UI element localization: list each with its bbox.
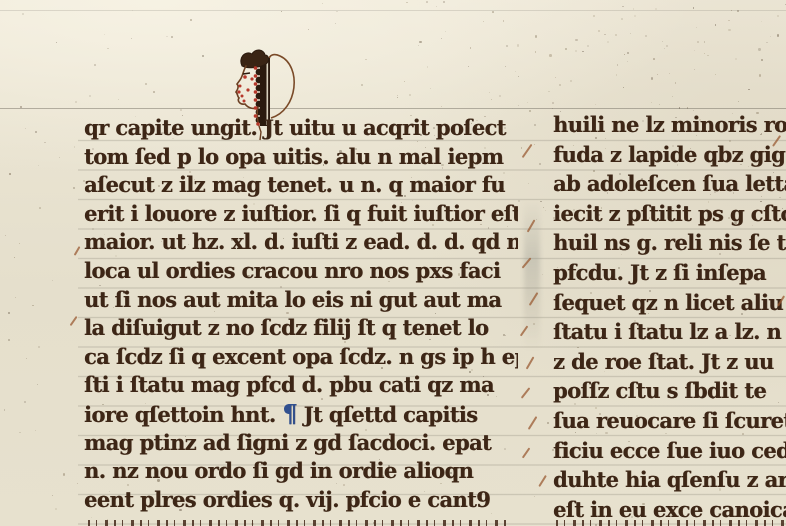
speck — [470, 47, 471, 48]
speck — [468, 66, 469, 67]
speck — [593, 15, 595, 17]
speck — [74, 146, 76, 148]
speck — [666, 45, 668, 47]
speck — [759, 74, 761, 76]
speck — [653, 58, 655, 60]
speck — [595, 104, 596, 105]
speck — [715, 24, 716, 25]
speck — [777, 34, 779, 36]
speck — [59, 157, 60, 158]
speck — [52, 280, 53, 281]
speck — [735, 58, 738, 61]
speck — [491, 99, 492, 100]
speck — [8, 339, 10, 341]
speck — [397, 95, 398, 96]
speck — [659, 104, 660, 105]
speck — [441, 38, 442, 39]
speck — [604, 34, 605, 35]
speck — [427, 66, 429, 68]
text-line: eent plres ordies q. vij. pfcio e cant9 — [84, 486, 518, 515]
speck — [9, 173, 11, 175]
speck — [94, 64, 96, 66]
speck — [518, 105, 519, 106]
speck — [180, 109, 182, 111]
speck — [697, 41, 699, 43]
speck — [766, 42, 767, 43]
speck — [651, 102, 652, 103]
speck — [696, 27, 698, 29]
speck — [8, 312, 10, 314]
speck — [14, 257, 15, 258]
speck — [38, 346, 40, 348]
partial-text-line — [88, 520, 512, 526]
speck — [575, 39, 577, 41]
text-line: qr capite ungit. Jt uitu u acqrit poſect — [84, 114, 518, 143]
speck — [617, 64, 619, 66]
speck — [19, 432, 21, 434]
speck — [624, 54, 625, 55]
speck — [499, 95, 501, 97]
speck — [675, 82, 677, 84]
speck — [651, 77, 653, 79]
speck — [758, 48, 760, 50]
left-text-column: qr capite ungit. Jt uitu u acqrit poſect… — [84, 114, 518, 514]
speck — [657, 74, 659, 76]
speck — [166, 36, 168, 38]
speck — [361, 84, 363, 86]
text-line: ſua reuocare ſi ſcuret — [553, 406, 786, 436]
speck — [418, 45, 420, 47]
speck — [281, 11, 282, 12]
speck — [419, 41, 421, 43]
speck — [19, 243, 20, 244]
text-line: ſti i ſtatu mag pfcd d. pbu cati qz ma — [84, 371, 518, 400]
speck — [704, 53, 705, 54]
speck — [761, 59, 763, 61]
speck — [75, 101, 77, 103]
speck — [24, 401, 26, 403]
speck — [335, 23, 336, 24]
speck — [503, 20, 505, 22]
speck — [63, 473, 66, 476]
speck — [693, 7, 694, 8]
speck — [570, 80, 572, 82]
speck — [15, 297, 16, 298]
speck — [22, 13, 24, 15]
partial-text-line — [556, 520, 786, 526]
ruling-line-top-faint — [0, 10, 786, 11]
speck — [35, 430, 36, 431]
speck — [56, 42, 57, 43]
speck — [25, 128, 26, 129]
text-line: n. nz nou ordo ſi gd in ordie alioqn — [84, 457, 518, 486]
speck — [515, 71, 516, 72]
speck — [104, 34, 105, 35]
speck — [552, 102, 554, 104]
speck — [5, 235, 6, 236]
text-line: huil ns g. reli nis ſe tnſfe — [553, 228, 786, 258]
speck — [555, 77, 556, 78]
speck — [565, 48, 567, 50]
speck — [549, 54, 552, 57]
speck — [39, 207, 41, 209]
speck — [707, 55, 709, 57]
hood-cap — [241, 50, 269, 68]
speck — [190, 19, 192, 21]
speck — [73, 187, 75, 189]
speck — [118, 99, 119, 100]
speck — [621, 18, 623, 20]
speck — [761, 21, 762, 22]
speck — [777, 15, 779, 17]
text-line: ficiu ecce ſue iuo ced — [553, 436, 786, 466]
speck — [37, 384, 38, 385]
speck — [89, 95, 91, 97]
text-line: ca ſcdz ſi q excent opa ſcdz. n gs ip h … — [84, 343, 518, 372]
speck — [171, 36, 173, 38]
speck — [202, 55, 204, 57]
pen-loop — [269, 55, 294, 118]
speck — [748, 89, 750, 91]
right-text-column: huili ne lz minoris rofuda z lapide qbz … — [553, 110, 786, 524]
speck — [598, 30, 600, 32]
speck — [505, 66, 506, 67]
speck — [506, 45, 508, 47]
text-line: pfcdu. Jt z ſi inſepa — [553, 258, 786, 288]
text-line: mag ptinz ad ſigni z gd ſacdoci. epat — [84, 429, 518, 458]
speck — [587, 45, 589, 47]
manuscript-page: qr capite ungit. Jt uitu u acqrit poſect… — [0, 0, 786, 526]
speck — [728, 29, 730, 31]
speck — [52, 495, 53, 496]
speck — [489, 92, 490, 93]
text-line: iecit z pſtitit ps g cſtc — [553, 199, 786, 229]
text-line: poſſz cſtu s ſbdit te — [553, 376, 786, 406]
speck — [153, 91, 155, 93]
speck — [738, 101, 739, 102]
speck — [535, 51, 537, 53]
text-line: iore qſettoin hnt. ¶ Jt qſettd capitis — [84, 400, 518, 429]
speck — [645, 35, 647, 37]
speck — [548, 91, 550, 93]
speck — [426, 1, 428, 3]
text-line: ſtatu i ſtatu lz a lz. n q — [553, 317, 786, 347]
speck — [662, 41, 663, 42]
speck — [527, 102, 528, 103]
speck — [430, 88, 431, 89]
speck — [492, 11, 494, 13]
speck — [308, 29, 309, 30]
speck — [131, 38, 132, 39]
text-line: duhte hia qſenſu z art — [553, 465, 786, 495]
speck — [669, 73, 670, 74]
speck — [623, 87, 624, 88]
speck — [145, 83, 148, 86]
speck — [672, 96, 673, 97]
speck — [575, 50, 577, 52]
speck — [35, 131, 37, 133]
text-line: huili ne lz minoris ro — [553, 110, 786, 140]
speck — [443, 1, 445, 3]
text-line: aſecut z ilz mag tenet. u n. q maior fu — [84, 171, 518, 200]
text-line: loca ul ordies cracou nro nos pxs faci — [84, 257, 518, 286]
speck — [728, 20, 729, 21]
pilcrow-mark: ¶ — [282, 400, 297, 428]
speck — [44, 142, 46, 144]
speck — [365, 59, 367, 61]
speck — [517, 44, 519, 46]
speck — [55, 508, 57, 510]
brow — [243, 73, 250, 74]
pen-flourish — [70, 316, 78, 326]
text-line: ſequet qz n licet aliu — [553, 288, 786, 318]
speck — [704, 41, 706, 43]
speck — [107, 48, 109, 50]
speck — [409, 94, 411, 96]
text-line: ut ſi nos aut mita lo eis ni gut aut ma — [84, 286, 518, 315]
speck — [404, 81, 405, 82]
speck — [694, 69, 695, 70]
text-line: erit i louore z iuſtior. ſi q fuit iuſti… — [84, 200, 518, 229]
speck — [38, 165, 39, 166]
speck — [26, 358, 27, 359]
speck — [634, 15, 636, 17]
speck — [32, 305, 33, 306]
speck — [770, 36, 771, 37]
speck — [535, 35, 537, 37]
speck — [445, 31, 446, 32]
text-line: tom ſed p lo opa uitis. alu n mal iepm — [84, 143, 518, 172]
speck — [630, 33, 631, 34]
speck — [483, 21, 484, 22]
speck — [615, 34, 617, 36]
speck — [322, 3, 323, 4]
speck — [627, 61, 629, 63]
text-line: ab adoleſcen ſua letta — [553, 169, 786, 199]
speck — [622, 6, 624, 8]
text-line: maior. ut hz. xl. d. iuſti z ead. d. d. … — [84, 228, 518, 257]
text-line: la diſuigut z no ſcdz filij ſt q tenet l… — [84, 314, 518, 343]
speck — [582, 51, 583, 52]
speck — [627, 52, 629, 54]
speck — [518, 76, 519, 77]
speck — [664, 48, 665, 49]
text-line: fuda z lapide qbz gigan — [553, 140, 786, 170]
speck — [607, 41, 609, 43]
speck — [397, 97, 398, 98]
speck — [559, 84, 561, 86]
text-line: z de roe ſtat. Jt z uu — [553, 347, 786, 377]
speck — [715, 74, 716, 75]
speck — [4, 409, 6, 411]
speck — [694, 50, 695, 51]
ruling-line-top — [0, 108, 786, 109]
speck — [616, 74, 618, 76]
speck — [406, 2, 408, 4]
speck — [436, 6, 437, 7]
